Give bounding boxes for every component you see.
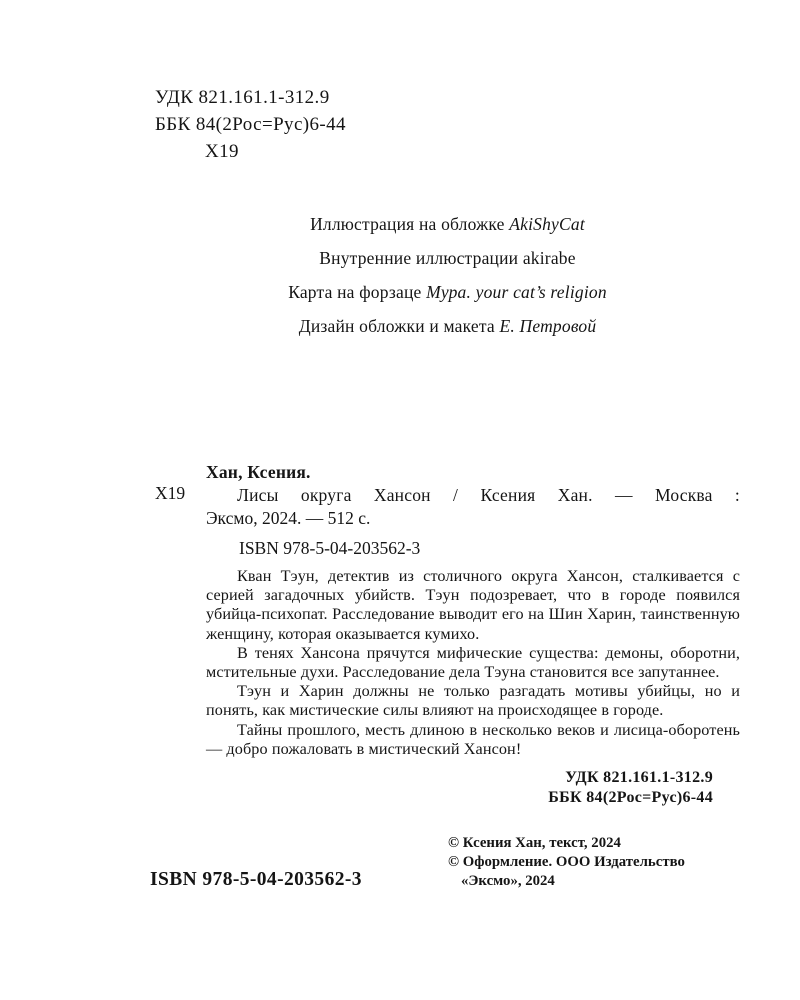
interior-illustrations-credit: Внутренние иллюстрации akirabe [155,241,740,275]
copyright-text-line: © Ксения Хан, текст, 2024 [448,834,728,853]
catalog-author-heading: Хан, Ксения. [206,461,740,484]
credit-label: Дизайн обложки и макета [299,316,495,336]
catalog-card: Хан, Ксения. Х19 Лисы округа Хансон / Кс… [155,461,740,560]
credit-label: Иллюстрация на обложке [310,214,505,234]
catalog-entry-line1: Лисы округа Хансон / Ксения Хан. — Москв… [206,484,740,507]
credit-label: Карта на форзаце [288,282,421,302]
catalog-isbn: ISBN 978-5-04-203562-3 [239,537,740,560]
udk-code-bottom: УДК 821.161.1-312.9 [155,768,713,788]
interior-artist-name: akirabe [523,248,576,268]
annotation-block: Кван Тэун, детектив из столичного округа… [206,567,740,759]
annotation-tagline: Тайны прошлого, месть длиною в несколько… [206,721,740,759]
copyright-design-line: © Оформление. ООО Издательство «Эксмо», … [448,853,728,891]
classification-top: УДК 821.161.1-312.9 ББК 84(2Рос=Рус)6-44… [155,84,740,165]
annotation-paragraph-2: В тенях Хансона прячутся мифические суще… [206,644,740,682]
map-artist-name: Мура. your cat’s religion [426,282,607,302]
bbk-code-bottom: ББК 84(2Рос=Рус)6-44 [155,788,713,808]
footer: ISBN 978-5-04-203562-3 © Ксения Хан, тек… [155,834,740,891]
designer-name: Е. Петровой [499,316,596,336]
design-credit: Дизайн обложки и макета Е. Петровой [155,309,740,343]
annotation-paragraph-1: Кван Тэун, детектив из столичного округа… [206,567,740,644]
cover-illustration-credit: Иллюстрация на обложке AkiShyCat [155,207,740,241]
udk-code: УДК 821.161.1-312.9 [155,84,740,111]
cover-artist-name: AkiShyCat [509,214,585,234]
catalog-author-sign: Х19 [155,482,185,505]
catalog-entry: Лисы округа Хансон / Ксения Хан. — Москв… [206,484,740,530]
credits-block: Иллюстрация на обложке AkiShyCat Внутрен… [155,207,740,343]
annotation-paragraph-3: Тэун и Харин должны не только разгадать … [206,682,740,720]
imprint-page: УДК 821.161.1-312.9 ББК 84(2Рос=Рус)6-44… [0,0,800,1000]
catalog-entry-line2: Эксмо, 2024. — 512 с. [206,507,740,530]
bbk-code: ББК 84(2Рос=Рус)6-44 [155,111,740,138]
copyright-block: © Ксения Хан, текст, 2024 © Оформление. … [448,834,728,891]
credit-label: Внутренние иллюстрации [319,248,518,268]
classification-bottom: УДК 821.161.1-312.9 ББК 84(2Рос=Рус)6-44 [155,768,740,808]
footer-isbn: ISBN 978-5-04-203562-3 [150,869,448,891]
page-content: УДК 821.161.1-312.9 ББК 84(2Рос=Рус)6-44… [155,0,740,891]
author-sign: Х19 [155,138,740,165]
endpaper-map-credit: Карта на форзаце Мура. your cat’s religi… [155,275,740,309]
